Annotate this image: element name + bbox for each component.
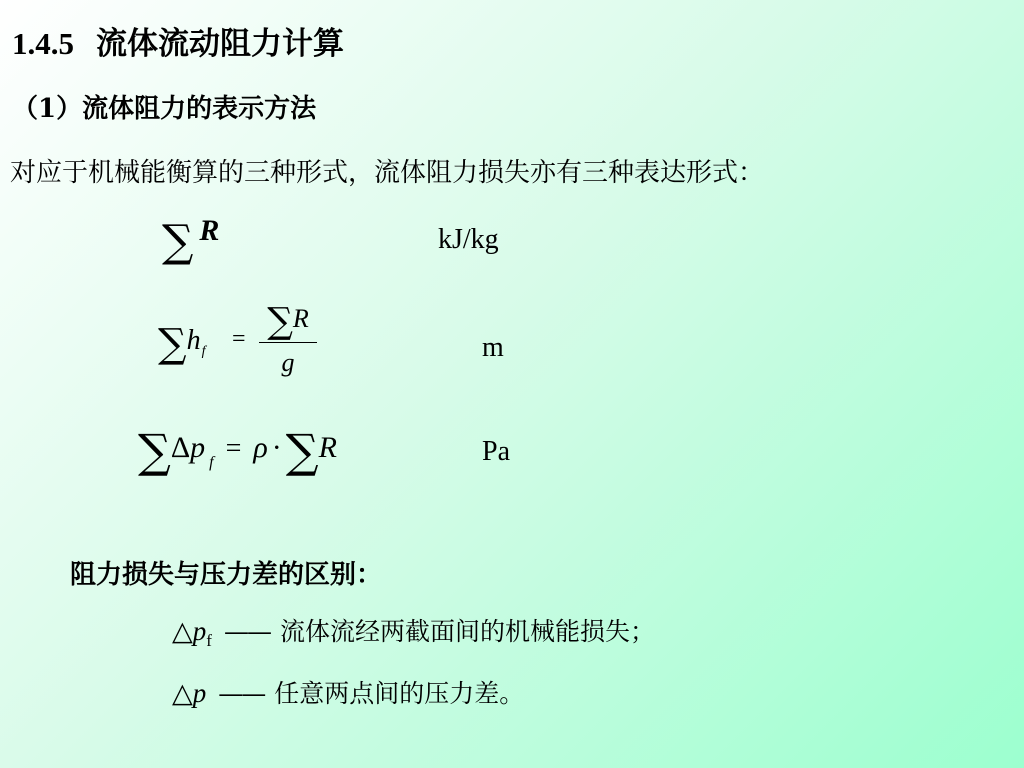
em-dash: —— [224, 617, 270, 646]
unit-meter: m [482, 332, 504, 364]
delta-pf-symbol: △pf [172, 616, 212, 646]
difference-item: △p——任意两点间的压力差。 [172, 674, 524, 713]
symbol-r: R [319, 431, 337, 464]
fraction: ∑R g [258, 296, 318, 383]
subsection-heading: （1）流体阻力的表示方法 [12, 88, 316, 125]
dot-operator: · [272, 431, 282, 464]
sigma-symbol: ∑ [158, 324, 187, 364]
delta-symbol: Δ [171, 431, 190, 464]
unit-kj-per-kg: kJ/kg [438, 224, 499, 256]
fraction-numerator: ∑R [258, 296, 318, 342]
formula-sum-r: ∑R [162, 214, 219, 264]
formula-pressure-loss: ∑Δpf=ρ·∑R [138, 428, 337, 474]
difference-item: △pf——流体流经两截面间的机械能损失； [172, 612, 655, 651]
subscript-f: f [202, 344, 206, 359]
symbol-rho: ρ [253, 431, 267, 464]
difference-heading: 阻力损失与压力差的区别： [70, 554, 382, 591]
unit-pascal: Pa [482, 436, 510, 468]
symbol-r: R [199, 214, 219, 247]
sigma-symbol: ∑ [267, 304, 293, 340]
em-dash: —— [218, 679, 264, 708]
triangle-icon: △ [172, 616, 193, 646]
section-title-text: 流体流动阻力计算 [96, 26, 344, 62]
equals-sign: = [226, 433, 242, 464]
intro-paragraph: 对应于机械能衡算的三种形式，流体阻力损失亦有三种表达形式： [10, 152, 764, 189]
difference-description: 任意两点间的压力差。 [274, 679, 524, 708]
formula-lhs: ∑hf [158, 324, 205, 364]
subscript-f: f [209, 454, 213, 471]
difference-description: 流体流经两截面间的机械能损失； [280, 617, 655, 646]
triangle-icon: △ [172, 678, 193, 708]
symbol-p: p [190, 431, 205, 464]
sigma-symbol: ∑ [286, 428, 319, 474]
section-number: 1.4.5 [12, 26, 74, 61]
delta-p-symbol: △p [172, 678, 206, 708]
symbol-r: R [293, 304, 309, 333]
formula-head-loss: ∑hf = ∑R g [158, 296, 328, 386]
fraction-denominator: g [258, 343, 318, 383]
sigma-symbol: ∑ [162, 220, 193, 264]
equals-sign: = [232, 326, 246, 353]
symbol-h: h [187, 325, 201, 356]
slide-title: 1.4.5流体流动阻力计算 [12, 18, 344, 63]
sigma-symbol: ∑ [138, 428, 171, 474]
